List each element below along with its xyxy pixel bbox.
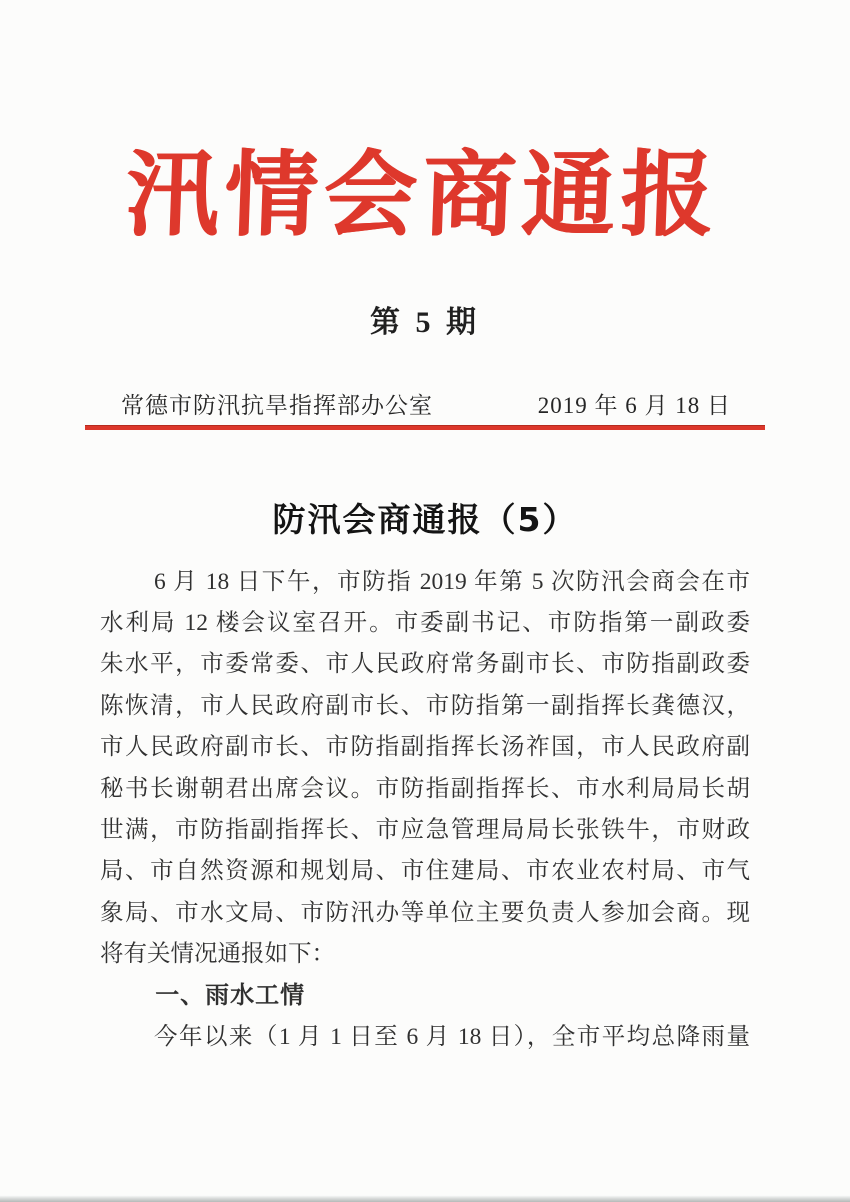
body-line: 象局、市水文局、市防汛办等单位主要负责人参加会商。现 [100,893,750,934]
document-body: 6 月 18 日下午，市防指 2019 年第 5 次防汛会商会在市 水利局 12… [100,562,750,1059]
red-divider-rule [85,425,765,430]
body-line: 秘书长谢朝君出席会议。市防指副指挥长、市水利局局长胡 [100,769,750,810]
body-line: 市人民政府副市长、市防指副指挥长汤祚国，市人民政府副 [100,727,750,768]
body-line: 世满，市防指副指挥长、市应急管理局局长张铁牛，市财政 [100,810,750,851]
body-line: 局、市自然资源和规划局、市住建局、市农业农村局、市气 [100,851,750,892]
issuing-organization: 常德市防汛抗旱指挥部办公室 [121,387,433,420]
scanned-document-page: 汛情会商通报 第 5 期 常德市防汛抗旱指挥部办公室 2019 年 6 月 18… [0,0,850,1202]
body-line: 朱水平，市委常委、市人民政府常务副市长、市防指副政委 [100,644,750,685]
body-line: 将有关情况通报如下： [100,934,750,975]
section-heading: 一、雨水工情 [100,975,750,1016]
body-line: 陈恢清，市人民政府副市长、市防指第一副指挥长龚德汉， [100,686,750,727]
body-line: 今年以来（1 月 1 日至 6 月 18 日），全市平均总降雨量 [100,1017,750,1058]
issue-number: 第 5 期 [0,297,850,341]
body-line: 6 月 18 日下午，市防指 2019 年第 5 次防汛会商会在市 [100,562,750,603]
body-line: 水利局 12 楼会议室召开。市委副书记、市防指第一副政委 [100,603,750,644]
masthead-info-row: 常德市防汛抗旱指挥部办公室 2019 年 6 月 18 日 [85,387,765,420]
issue-date: 2019 年 6 月 18 日 [538,387,731,420]
document-title: 防汛会商通报（5） [0,494,850,541]
scanner-edge-artifact [0,1195,850,1202]
masthead-calligraphy-title: 汛情会商通报 [0,0,850,245]
